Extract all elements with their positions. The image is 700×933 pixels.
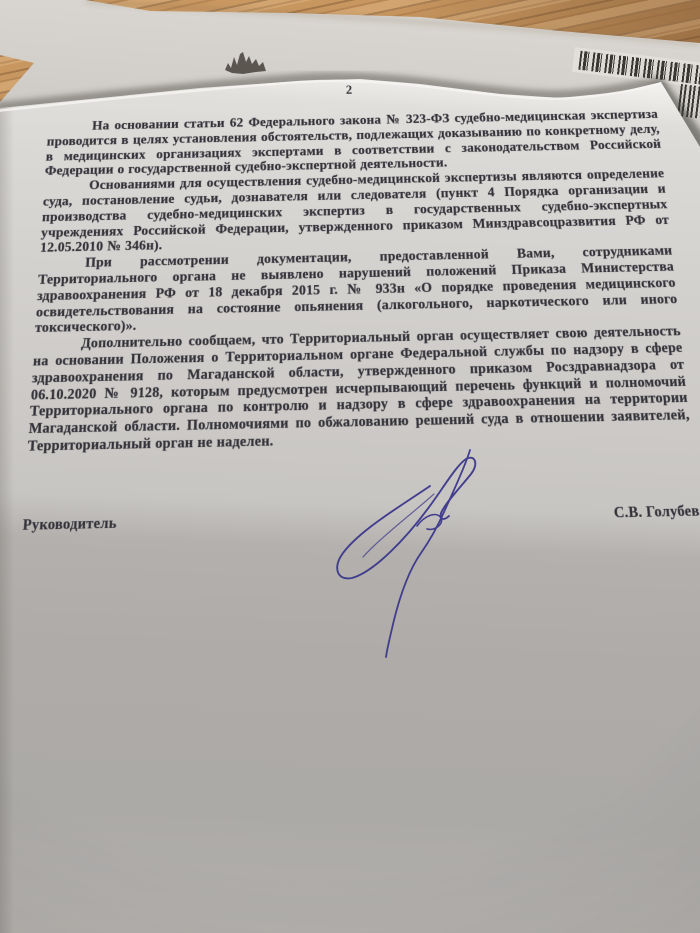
signer-position-title: Руководитель <box>22 513 117 534</box>
paragraph-additional-info: Дополнительно сообщаем, что Территориаль… <box>27 323 692 455</box>
letter-text: 2 На основании статьи 62 Федерального за… <box>22 77 700 535</box>
document-photo: 2 На основании статьи 62 Федерального за… <box>0 0 700 933</box>
emblem-mark <box>225 52 266 74</box>
paragraph-review-result: При рассмотрении документации, предостав… <box>35 243 680 337</box>
signer-name: С.В. Голубев <box>613 501 700 522</box>
sheet-edge-shadow <box>86 1 700 44</box>
paragraph-grounds: Основаниями для осуществления судебно-ме… <box>40 166 672 256</box>
